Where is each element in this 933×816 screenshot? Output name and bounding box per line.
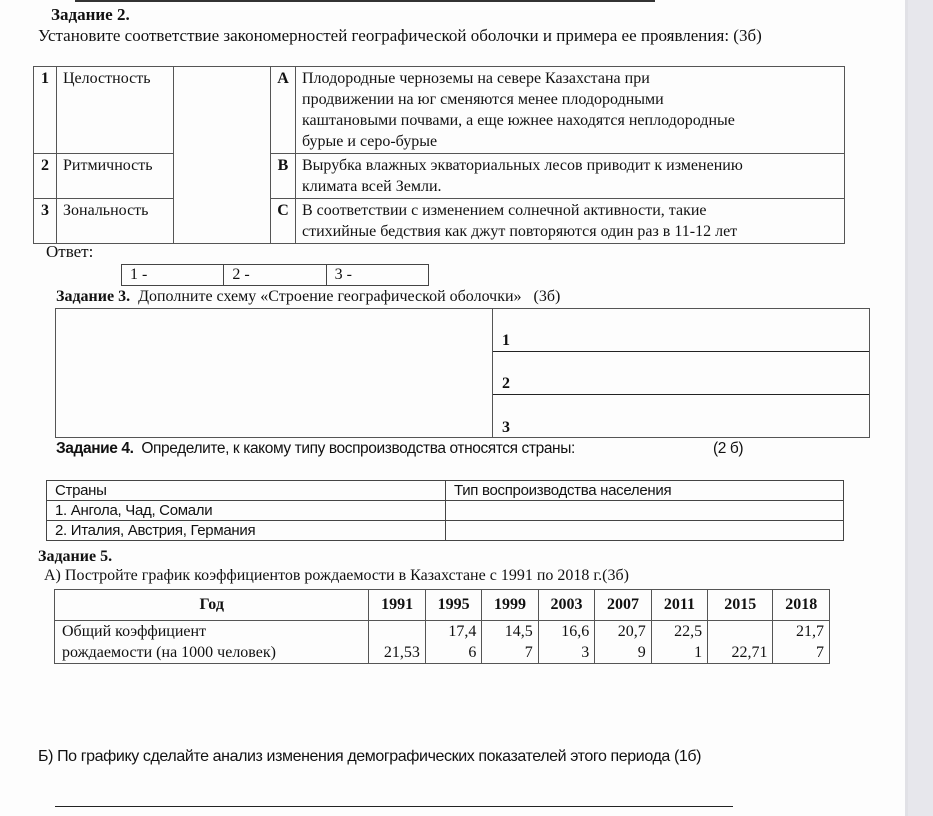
value-cell: 17,46 [425, 621, 481, 664]
slot-number: 3 [502, 419, 510, 437]
task3-heading: Задание 3. [56, 288, 130, 305]
task2-matching-table: 1 Целостность A Плодородные черноземы на… [33, 66, 845, 244]
type-answer-cell[interactable] [446, 521, 844, 541]
answer-underline[interactable] [55, 806, 733, 807]
example-letter: C [271, 199, 296, 244]
value-cell: 22,71 [708, 621, 773, 664]
year-cell: 2018 [773, 590, 830, 621]
value-cell: 16,63 [538, 621, 594, 664]
task3-points: (3б) [534, 288, 561, 305]
scheme-slots: 1 2 3 [492, 308, 870, 438]
table-row: 1 Целостность A Плодородные черноземы на… [34, 67, 845, 154]
desc-line: продвижении на юг сменяются менее плодор… [302, 89, 838, 110]
countries-cell: 2. Италия, Австрия, Германия [47, 521, 446, 541]
task4-points: (2 б) [713, 440, 743, 458]
table-header-row: Год 1991 1995 1999 2003 2007 2011 2015 2… [55, 590, 830, 621]
year-cell: 2003 [538, 590, 594, 621]
example-description: Плодородные черноземы на севере Казахста… [296, 67, 845, 154]
year-cell: 2015 [708, 590, 773, 621]
column-header: Тип воспроизводства населения [446, 481, 844, 501]
pattern-name: Ритмичность [57, 154, 174, 199]
year-cell: 1999 [482, 590, 538, 621]
top-rule-line [75, 0, 655, 2]
desc-line: стихийные бедствия как джут повторяются … [302, 221, 838, 242]
pattern-name: Целостность [57, 67, 174, 154]
value-cell: 14,57 [482, 621, 538, 664]
year-cell: 2007 [595, 590, 651, 621]
task4-instruction: Определите, к какому типу воспроизводств… [141, 440, 574, 457]
slot-number: 1 [502, 332, 510, 350]
desc-line: Плодородные черноземы на севере Казахста… [302, 68, 838, 89]
table-header-row: Страны Тип воспроизводства населения [47, 481, 844, 501]
desc-line: Вырубка влажных экваториальных лесов при… [302, 155, 838, 176]
label-line: рождаемости (на 1000 человек) [62, 642, 368, 663]
example-letter: B [271, 154, 296, 199]
value-cell: 21,77 [773, 621, 830, 664]
task4-heading: Задание 4. [56, 440, 134, 457]
viewer-scrollbar-strip[interactable] [905, 0, 933, 816]
slot-number: 2 [502, 375, 510, 393]
year-cell: 2011 [651, 590, 707, 621]
task4-table: Страны Тип воспроизводства населения 1. … [46, 480, 844, 541]
answer-gap-cell[interactable] [174, 67, 271, 244]
answer-boxes: 1 - 2 - 3 - [121, 264, 429, 286]
task3-title: Задание 3. Дополните схему «Строение гео… [56, 288, 560, 306]
pattern-name: Зональность [57, 199, 174, 244]
type-answer-cell[interactable] [446, 501, 844, 521]
scheme-slot-3[interactable]: 3 [493, 395, 869, 438]
desc-line: климата всей Земли. [302, 176, 838, 197]
scheme-main-box[interactable] [55, 308, 493, 438]
desc-line: каштановыми почвами, а еще южнее находят… [302, 110, 838, 131]
birth-rate-table: Год 1991 1995 1999 2003 2007 2011 2015 2… [54, 589, 830, 664]
value-cell: 21,53 [369, 621, 425, 664]
row-number: 3 [34, 199, 57, 244]
table-row: 1. Ангола, Чад, Сомали [47, 501, 844, 521]
column-header: Страны [47, 481, 446, 501]
answer-box-2[interactable]: 2 - [224, 265, 326, 286]
answer-label: Ответ: [46, 242, 93, 262]
value-label: Общий коэффициент рождаемости (на 1000 ч… [55, 621, 369, 664]
table-row: Общий коэффициент рождаемости (на 1000 ч… [55, 621, 830, 664]
task5-heading: Задание 5. [38, 548, 112, 566]
task5-part-a: А) Постройте график коэффициентов рождае… [44, 567, 629, 585]
task2-heading: Задание 2. [51, 5, 130, 25]
example-letter: A [271, 67, 296, 154]
task2-instruction: Установите соответствие закономерностей … [38, 26, 762, 46]
example-description: В соответствии с изменением солнечной ак… [296, 199, 845, 244]
label-line: Общий коэффициент [62, 621, 368, 642]
table-row: 3 Зональность C В соответствии с изменен… [34, 199, 845, 244]
example-description: Вырубка влажных экваториальных лесов при… [296, 154, 845, 199]
scheme-slot-1[interactable]: 1 [493, 309, 869, 352]
scheme-slot-2[interactable]: 2 [493, 352, 869, 395]
table-row: 2. Италия, Австрия, Германия [47, 521, 844, 541]
row-number: 1 [34, 67, 57, 154]
year-label: Год [55, 590, 369, 621]
answer-box-1[interactable]: 1 - [122, 265, 224, 286]
value-cell: 22,51 [651, 621, 707, 664]
table-row: 2 Ритмичность B Вырубка влажных экватори… [34, 154, 845, 199]
year-cell: 1995 [425, 590, 481, 621]
task5-part-b: Б) По графику сделайте анализ изменения … [38, 748, 701, 766]
value-cell: 20,79 [595, 621, 651, 664]
task4-title: Задание 4. Определите, к какому типу вос… [56, 440, 575, 458]
row-number: 2 [34, 154, 57, 199]
desc-line: бурые и серо-бурые [302, 131, 838, 152]
answer-box-3[interactable]: 3 - [326, 265, 428, 286]
year-cell: 1991 [369, 590, 425, 621]
task3-instruction: Дополните схему «Строение географической… [138, 288, 521, 305]
desc-line: В соответствии с изменением солнечной ак… [302, 200, 838, 221]
countries-cell: 1. Ангола, Чад, Сомали [47, 501, 446, 521]
